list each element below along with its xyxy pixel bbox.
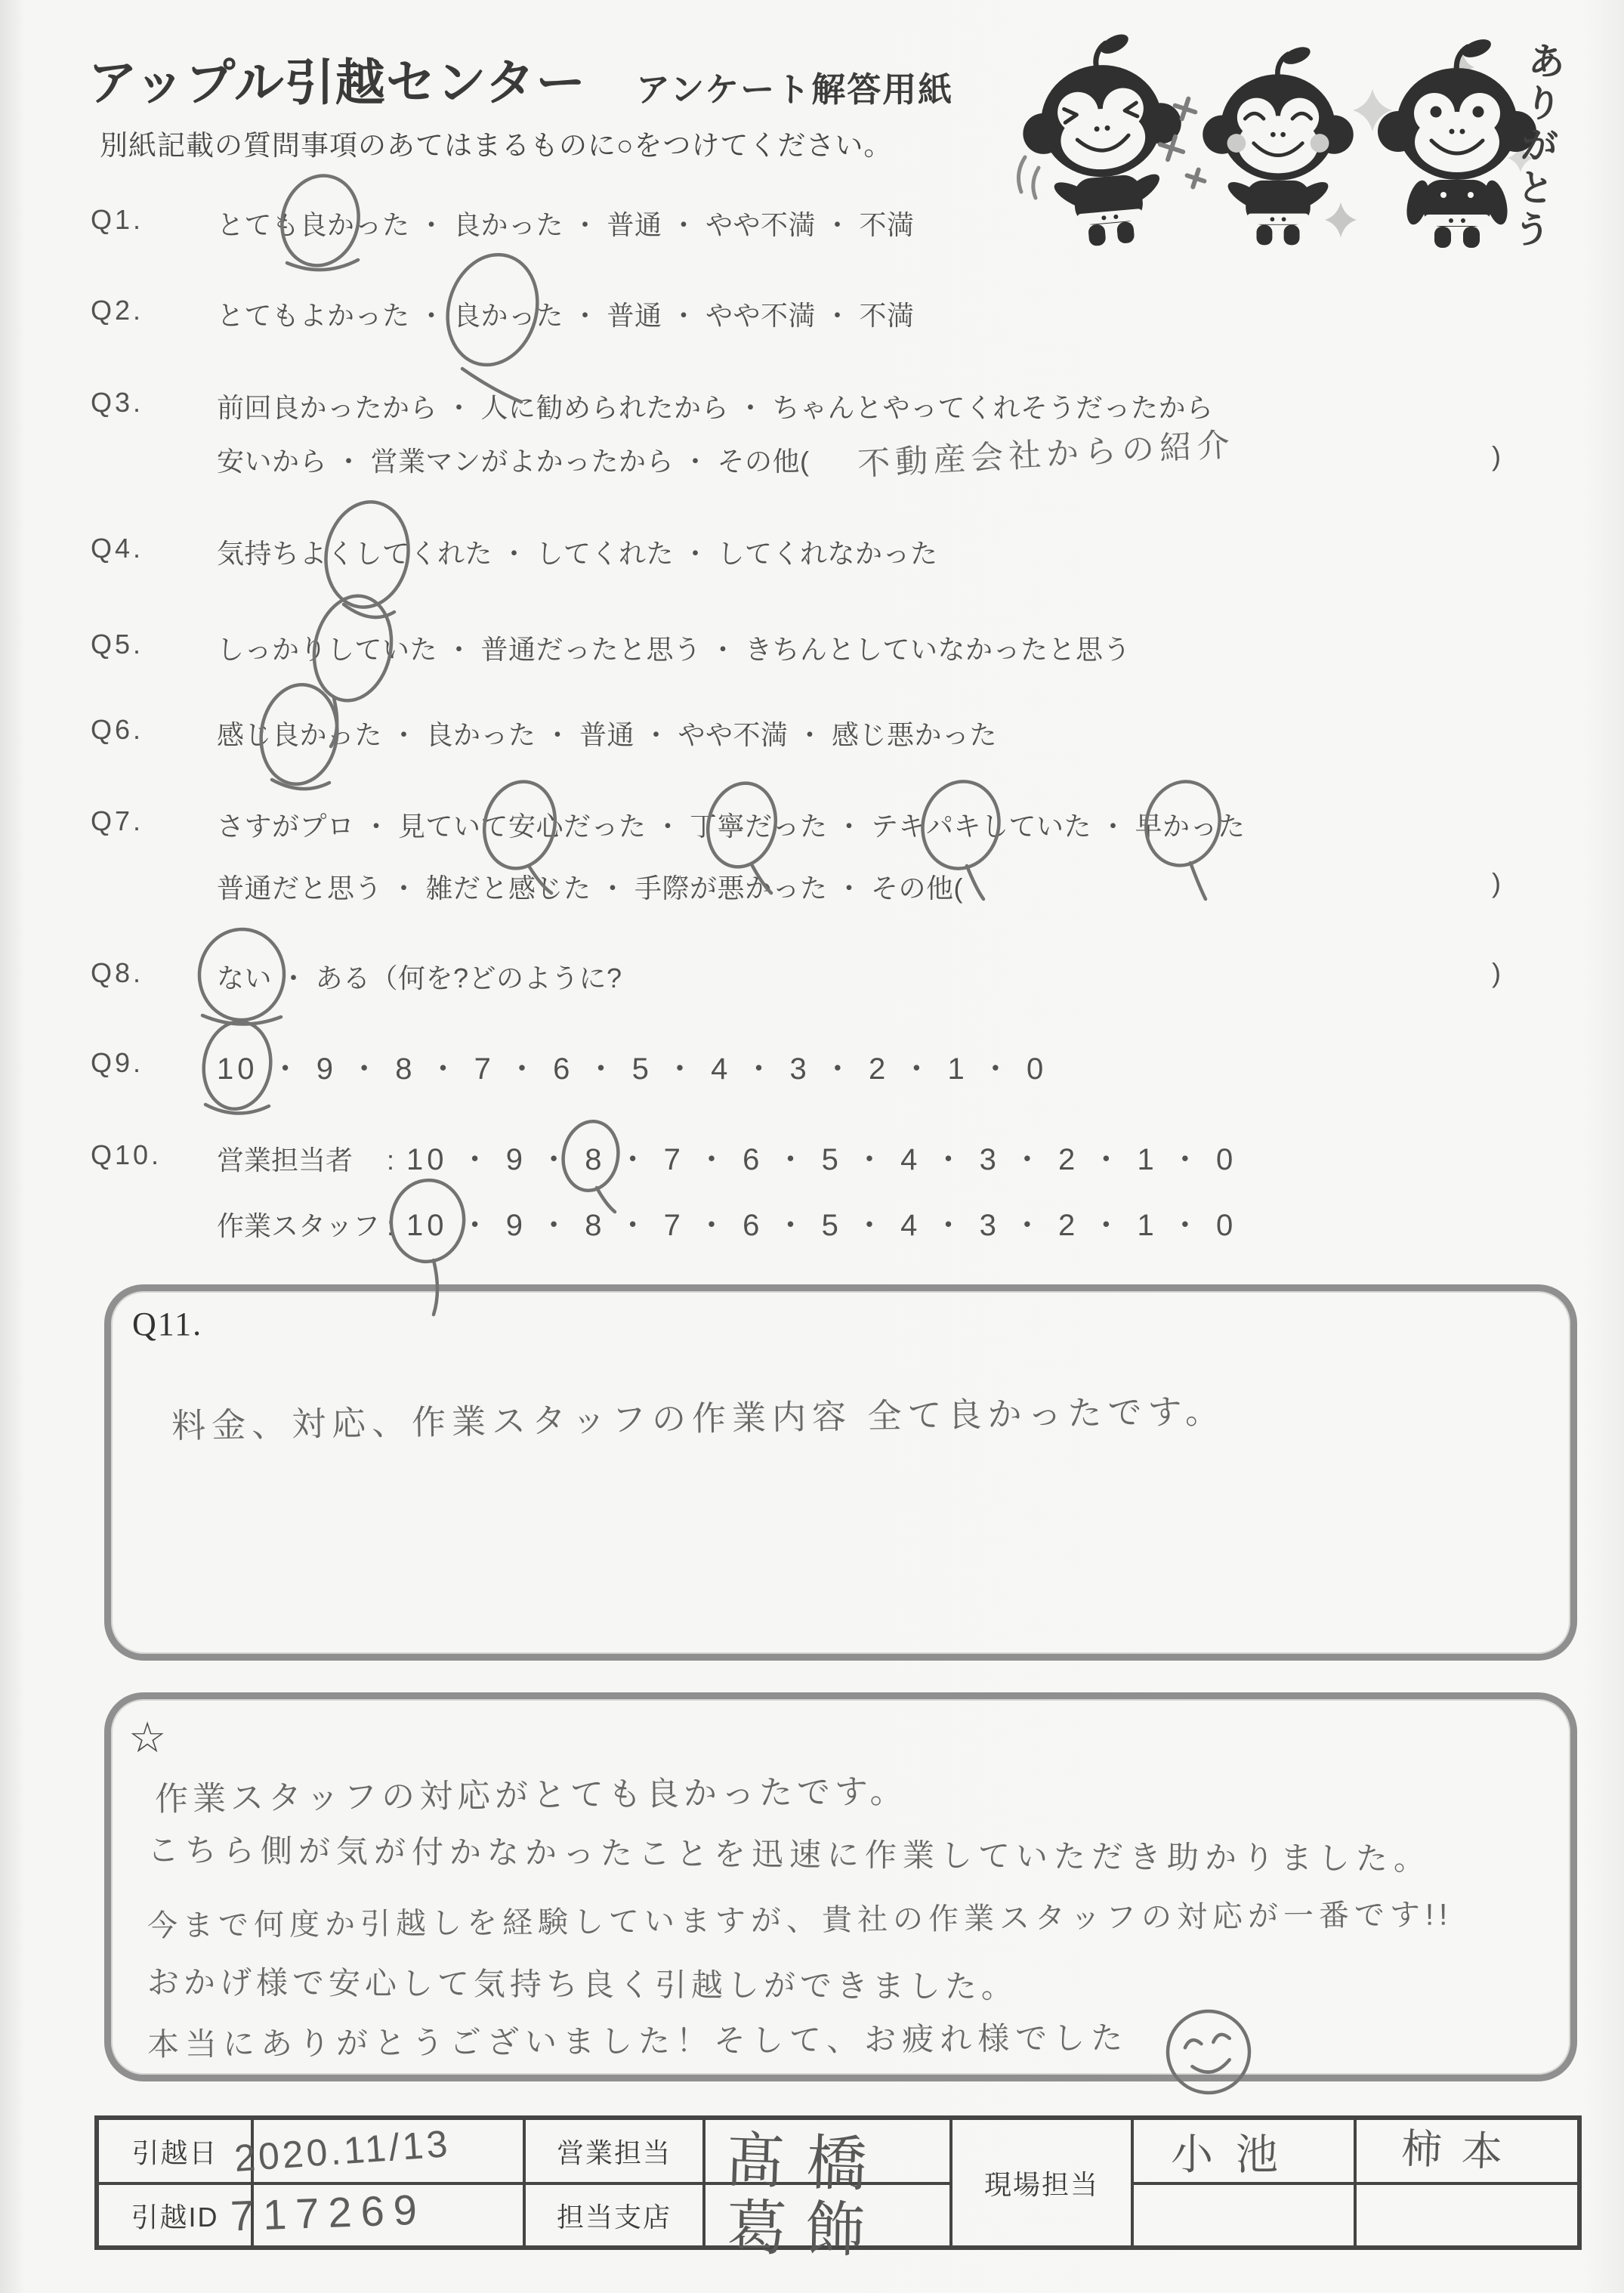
star-comment-box: ☆ 作業スタッフの対応がとても良かったです。 こちら側が気が付かなかったことを迅… <box>104 1692 1577 2081</box>
q2-label: Q2. <box>91 295 144 326</box>
q11-handwritten-answer: 料金、対応、作業スタッフの作業内容 全て良かったです。 <box>171 1383 1226 1447</box>
move-date-label: 引越日 <box>97 2118 252 2183</box>
comment-line: こちら側が気が付かなかったことを迅速に作業していただき助かりました。 <box>147 1825 1431 1880</box>
branch-label: 担当支店 <box>524 2183 704 2247</box>
motion-lines <box>1018 157 1039 198</box>
q10-row-sales: 営業担当者 : 10 ・ 9 ・ 8 ・ 7 ・ 6 ・ 5 ・ 4 ・ 3 ・… <box>217 1136 1237 1179</box>
site1-handwritten: 小池 <box>1171 2121 1301 2182</box>
site-label: 現場担当 <box>951 2118 1132 2247</box>
q7-close-paren: ) <box>1492 867 1501 899</box>
q1-label: Q1. <box>91 204 144 236</box>
q10-staff-scale: 10 ・ 9 ・ 8 ・ 7 ・ 6 ・ 5 ・ 4 ・ 3 ・ 2 ・ 1 ・… <box>406 1201 1237 1244</box>
instruction-text: 別紙記載の質問事項のあてはまるものに○をつけてください。 <box>100 122 892 163</box>
branch-handwritten: 葛飾 <box>726 2179 885 2269</box>
q7-label: Q7. <box>91 805 144 837</box>
comment-line: 作業スタッフの対応がとても良かったです。 <box>155 1764 908 1820</box>
page-title: アップル引越センター <box>88 42 586 114</box>
q7-options-line2: 普通だと思う ・ 雑だと感じた ・ 手際が悪かった ・ その他( <box>217 867 963 906</box>
q10-staff-label: 作業スタッフ <box>217 1205 387 1244</box>
empty-cell <box>1132 2183 1355 2247</box>
star-icon: ☆ <box>128 1713 166 1763</box>
q10-label: Q10. <box>91 1139 162 1171</box>
q5-options: しっかりしていた ・ 普通だったと思う ・ きちんとしていなかったと思う <box>217 629 1131 667</box>
q10-sales-label: 営業担当者 <box>217 1139 387 1178</box>
q6-label: Q6. <box>91 714 144 746</box>
q3-other-handwritten-answer: 不動産会社からの紹介 <box>857 419 1237 485</box>
q4-options: 気持ちよくしてくれた ・ してくれた ・ してくれなかった <box>217 533 938 571</box>
q10-colon-1: : <box>387 1145 394 1176</box>
q3-close-paren: ) <box>1492 440 1501 472</box>
q10-row-staff: 作業スタッフ : 10 ・ 9 ・ 8 ・ 7 ・ 6 ・ 5 ・ 4 ・ 3 … <box>217 1201 1237 1244</box>
q3-options-line2: 安いから ・ 営業マンがよかったから ・ その他( <box>217 440 810 479</box>
move-id-handwritten: 717269 <box>230 2185 427 2241</box>
q6-options: 感じ良かった ・ 良かった ・ 普通 ・ やや不満 ・ 感じ悪かった <box>217 714 997 752</box>
q10-colon-2: : <box>387 1210 394 1242</box>
q9-label: Q9. <box>91 1047 144 1079</box>
q7-options-line1: さすがプロ ・ 見ていて安心だった ・ 丁寧だった ・ テキパキしていた ・ 早… <box>217 805 1246 844</box>
q5-label: Q5. <box>91 629 144 660</box>
monkey-mascot-2 <box>1203 44 1354 246</box>
form-subtitle: アンケート解答用紙 <box>636 62 953 111</box>
q11-comment-box: Q11. 料金、対応、作業スタッフの作業内容 全て良かったです。 <box>104 1284 1577 1661</box>
monkey-mascot-1 <box>1016 30 1191 252</box>
sales-label: 営業担当 <box>524 2118 704 2183</box>
q3-options-line1: 前回良かったから ・ 人に勧められたから ・ ちゃんとやってくれそうだったから <box>217 387 1214 425</box>
empty-cell <box>1355 2183 1579 2247</box>
q11-label: Q11. <box>132 1305 202 1343</box>
comment-line: 今まで何度か引越しを経験していますが、貴社の作業スタッフの対応が一番です!! <box>147 1890 1453 1945</box>
comment-line: おかげ様で安心して気持ち良く引越しができました。 <box>147 1958 1017 2007</box>
q9-scale: 10 ・ 9 ・ 8 ・ 7 ・ 6 ・ 5 ・ 4 ・ 3 ・ 2 ・ 1 ・… <box>217 1045 1047 1088</box>
site2-handwritten: 柿本 <box>1400 2116 1524 2179</box>
q1-options: とても良かった ・ 良かった ・ 普通 ・ やや不満 ・ 不満 <box>217 204 915 243</box>
q2-options: とてもよかった ・ 良かった ・ 普通 ・ やや不満 ・ 不満 <box>217 295 915 333</box>
q8-options: ない ・ ある（何を?どのように? <box>217 957 622 996</box>
q8-close-paren: ) <box>1492 957 1501 989</box>
q3-label: Q3. <box>91 387 144 419</box>
q10-sales-scale: 10 ・ 9 ・ 8 ・ 7 ・ 6 ・ 5 ・ 4 ・ 3 ・ 2 ・ 1 ・… <box>406 1136 1237 1179</box>
comment-line: 本当にありがとうございました！そして、お疲れ様でした <box>147 2013 1129 2065</box>
survey-scan-page: アップル引越センター アンケート解答用紙 別紙記載の質問事項のあてはまるものに○… <box>0 0 1624 2293</box>
q4-label: Q4. <box>91 533 144 564</box>
q8-label: Q8. <box>91 957 144 989</box>
